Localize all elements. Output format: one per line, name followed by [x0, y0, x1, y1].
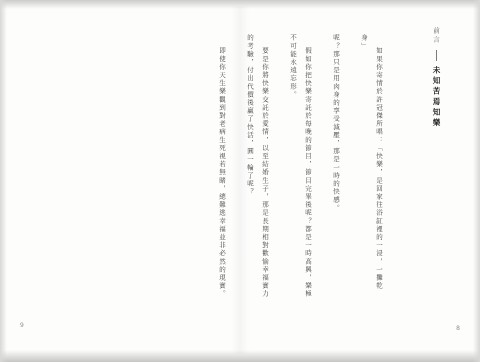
paragraph: 如果你寄情於許冠傑所唱：「快樂，是回家往浴缸裡的一浸，一攤乾身」: [356, 34, 386, 300]
section-label: 前言: [432, 27, 440, 45]
scan-edge-left: [0, 0, 7, 362]
page-left: 的確，快樂有太多近鄰，開心、放懷、高興、快活、狂喜、刺激、喜悅，在生活逼人及時行…: [0, 0, 240, 362]
scan-edge-top: [0, 0, 480, 9]
scan-edge-right: [473, 0, 480, 362]
chapter-header: 前言未知苦焉知樂: [430, 27, 442, 129]
page-right: 前言未知苦焉知樂 如果你寄情於許冠傑所唱：「快樂，是回家往浴缸裡的一浸，一攤乾身…: [240, 0, 480, 362]
left-page-number: 9: [20, 322, 24, 329]
scan-edge-bottom: [0, 350, 480, 362]
book-spread: 前言未知苦焉知樂 如果你寄情於許冠傑所唱：「快樂，是回家往浴缸裡的一浸，一攤乾身…: [0, 0, 480, 362]
paragraph: 假如你把快樂寄託於每晚的節目，節目完畢後呢？都是一時高興，樂極不可能永遠忘形。: [285, 34, 315, 300]
paragraph: 呢？那只是用肉身的享受減壓，那是一時的快感。: [328, 34, 343, 300]
right-page-number: 8: [456, 325, 460, 332]
chapter-title: 未知苦焉知樂: [432, 66, 441, 129]
page-gutter: [231, 6, 249, 354]
header-divider-line: [436, 50, 437, 61]
